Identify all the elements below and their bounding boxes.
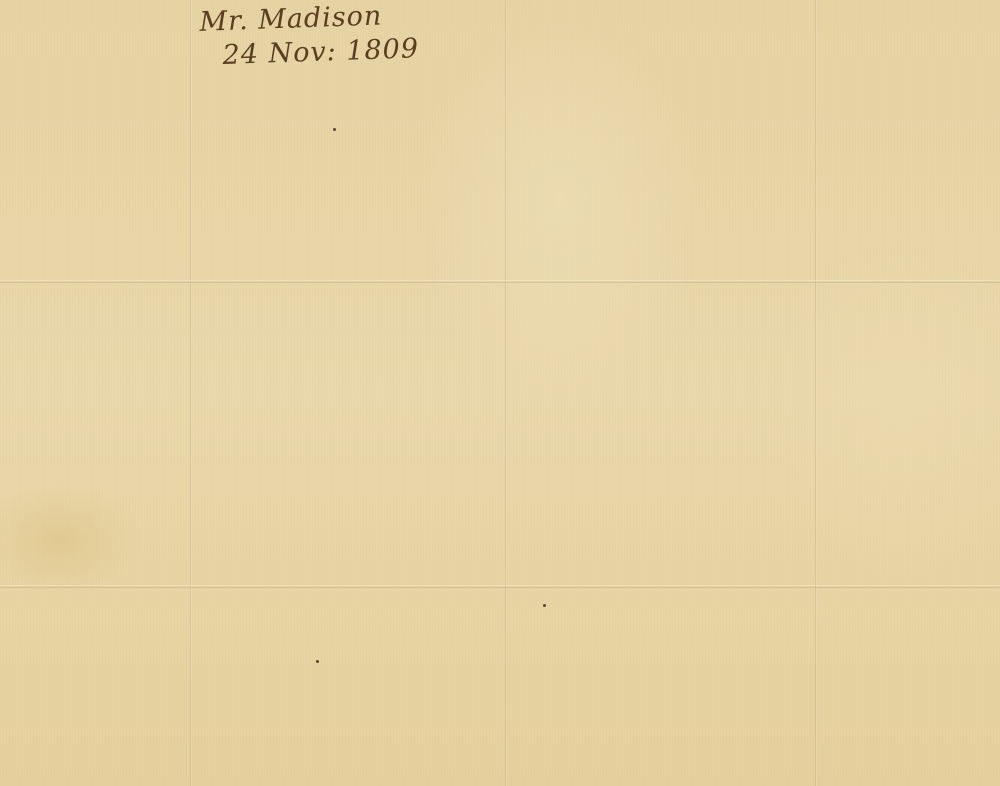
vertical-fold-line: [190, 0, 192, 786]
ink-spot: [333, 128, 336, 131]
horizontal-fold-line: [0, 585, 1000, 588]
vertical-fold-line: [505, 0, 507, 786]
ink-spot: [316, 660, 319, 663]
docket-note: Mr. Madison 24 Nov: 1809: [199, 0, 420, 74]
docket-date: 24 Nov: 1809: [200, 32, 420, 74]
letter-paper: Mr. Madison 24 Nov: 1809: [0, 0, 1000, 786]
ink-spot: [543, 604, 546, 607]
horizontal-fold-line: [0, 280, 1000, 283]
vertical-fold-line: [815, 0, 817, 786]
